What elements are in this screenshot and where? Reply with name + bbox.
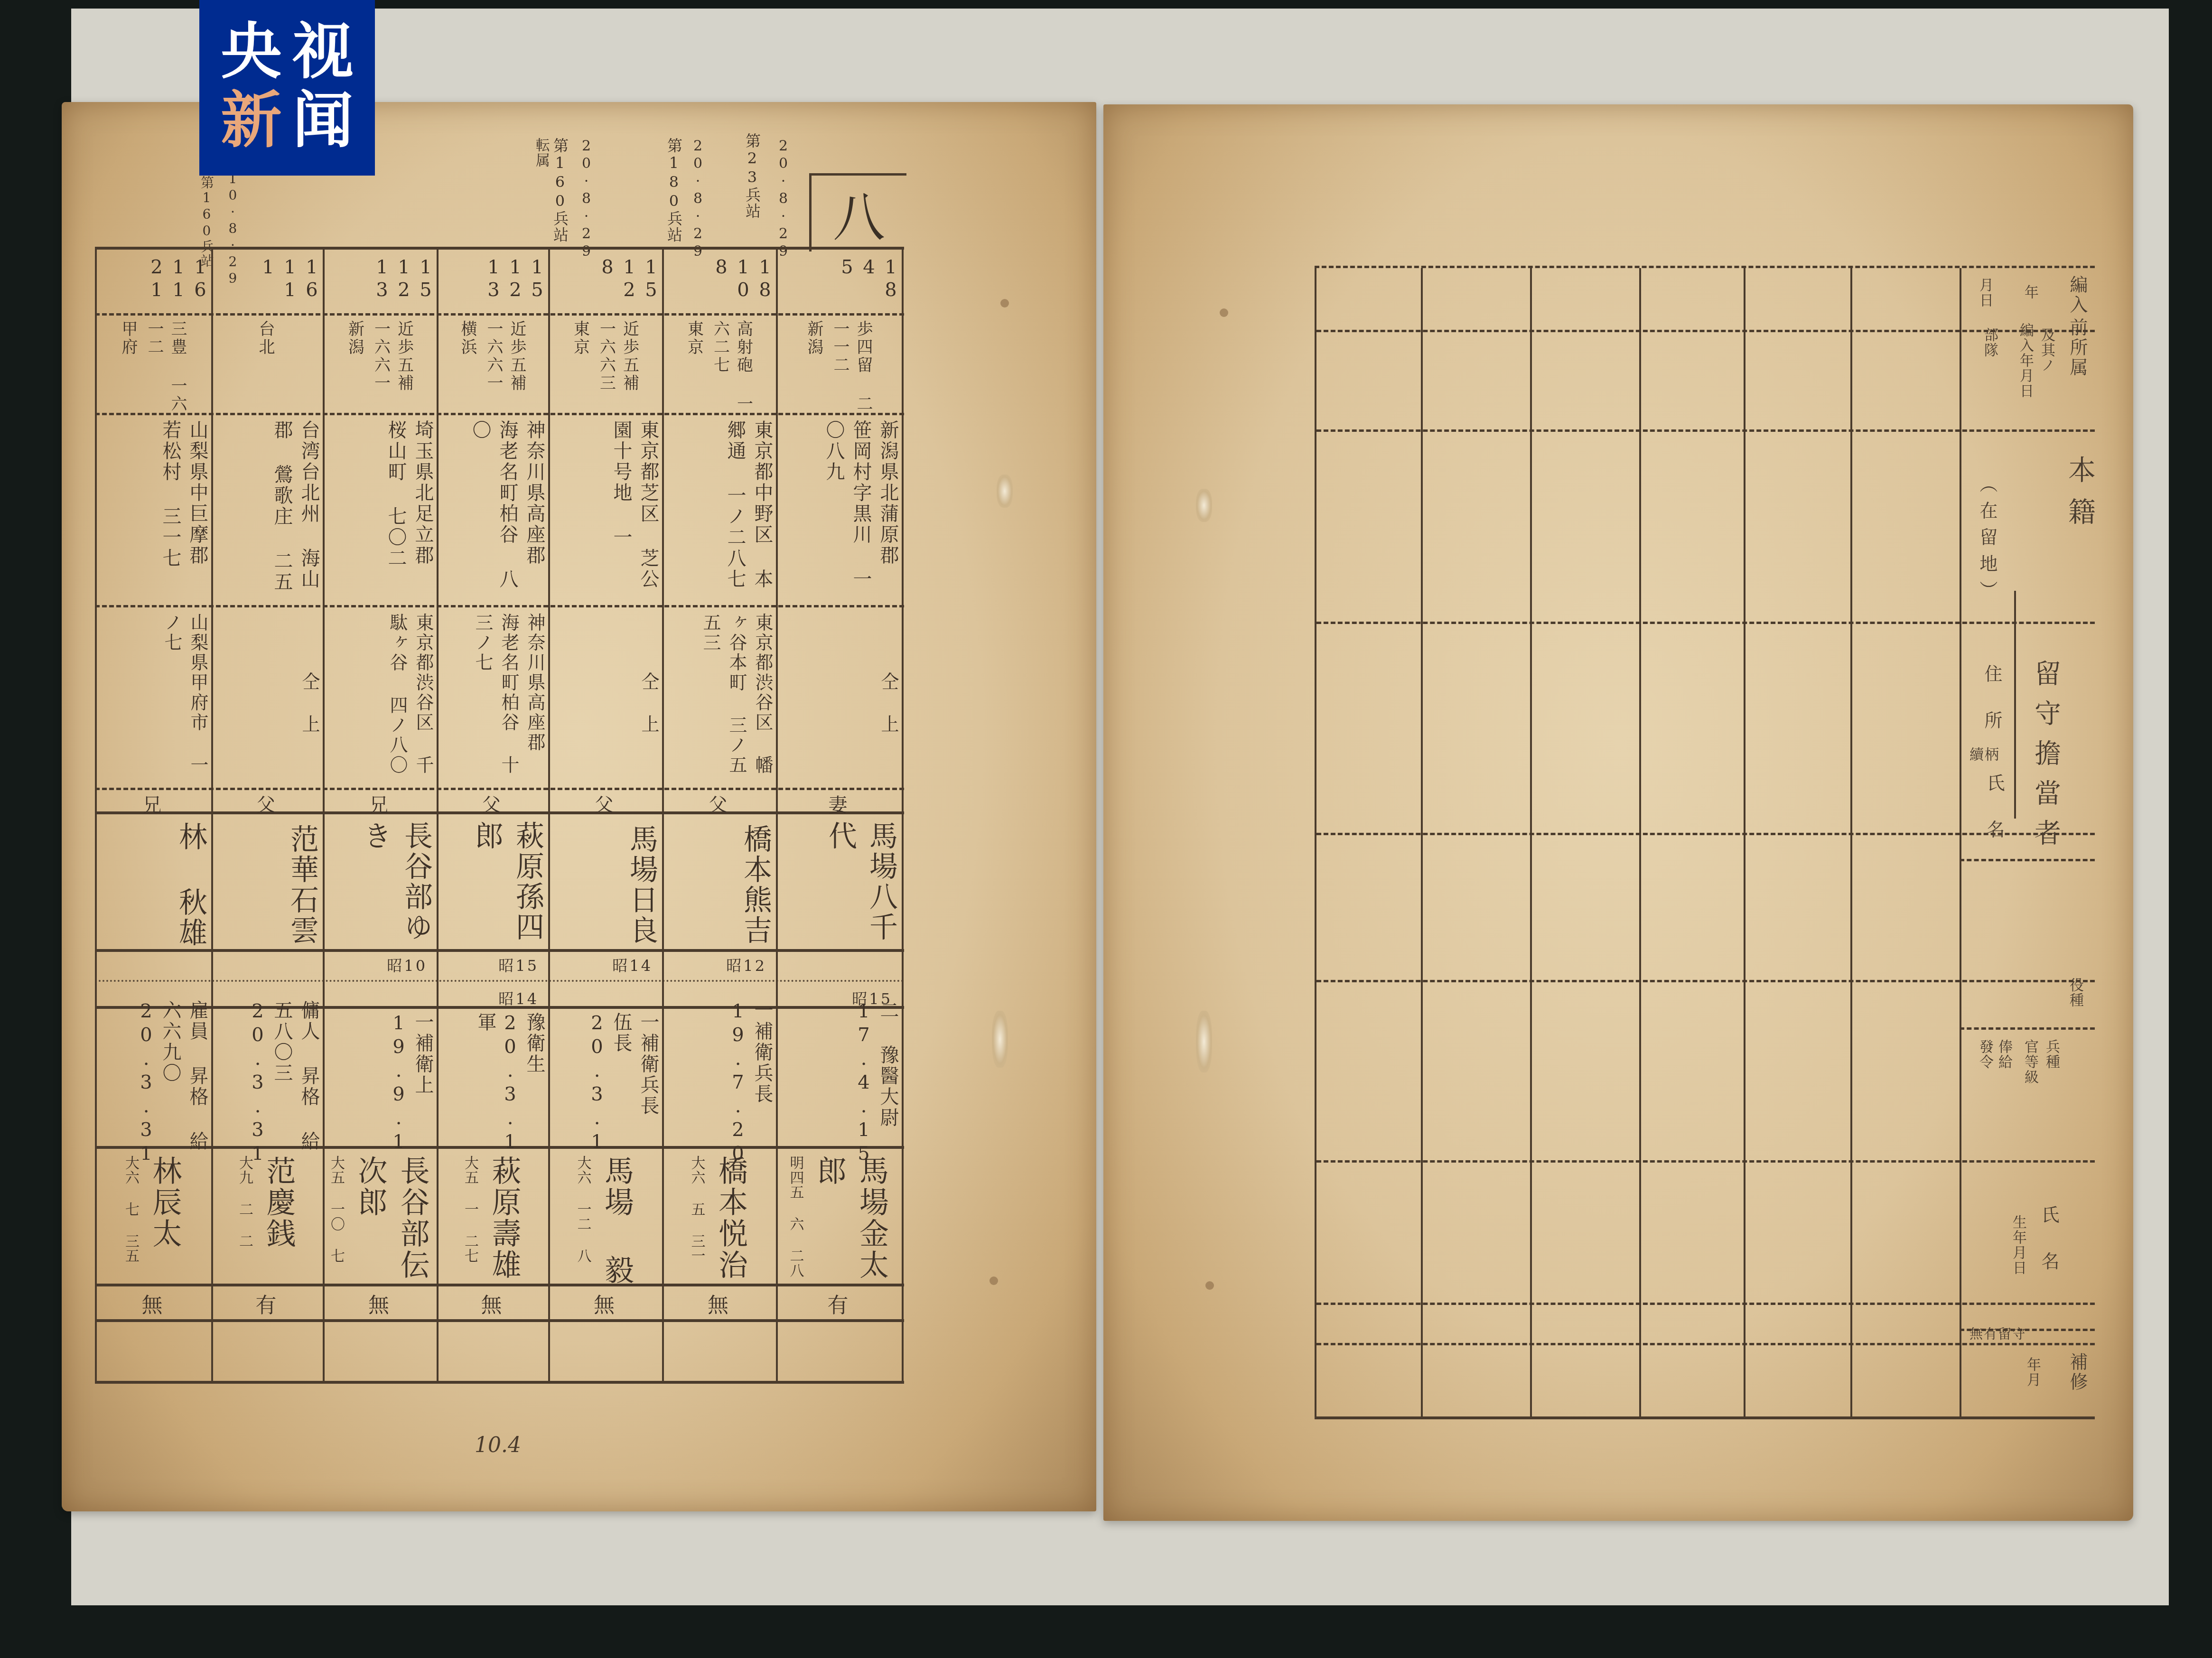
logo-char-wen: 闻 <box>287 88 359 157</box>
family-contact-name: 馬場日良 <box>548 821 662 949</box>
binding-hole <box>1196 489 1212 522</box>
label-prev-unit: 前所属 <box>2064 318 2091 378</box>
military-rank: 一補衛兵長 伍長 20.3.1 <box>548 1011 662 1152</box>
showa-bottom <box>548 987 662 1011</box>
label-honseki: 本籍 <box>2060 456 2100 539</box>
family-status: 無 <box>548 1288 662 1317</box>
person-name: 林辰太 <box>144 1155 186 1249</box>
person-name: 馬場金太郎 <box>809 1155 893 1288</box>
family-status: 無 <box>437 1288 548 1317</box>
family-contact-name: 范華石雲 <box>211 821 323 949</box>
logo-char-yang: 央 <box>215 19 287 88</box>
person: 萩原壽雄 大五 一 二七 <box>437 1151 548 1288</box>
register-column-5: 15 12 13 近歩五補 一六六一 新潟 埼玉県北足立郡 桜山町 七〇二 東京… <box>323 247 437 1383</box>
birth-date: 大六 五 三一 <box>686 1155 707 1263</box>
military-rank: 一補衛兵長 19.7.20 <box>662 1011 776 1152</box>
label-rusu-kazoku: 無有留守 <box>1969 1324 2026 1343</box>
label-prev-unit-2: 及其ノ <box>2036 327 2057 373</box>
military-rank: 一補衛上 19.9.1 <box>323 1011 437 1152</box>
honseki: 東京都中野区 本郷通 一ノ二八七 <box>662 415 776 610</box>
unit-and-place: 近歩五補 一六六一 横浜 <box>437 320 548 415</box>
showa-top: 昭12 <box>662 954 776 978</box>
showa-bottom <box>323 987 437 1011</box>
family-status: 有 <box>776 1288 902 1317</box>
unit-and-place: 三豊 一六一二 甲府 <box>95 320 211 415</box>
relation: 兄 <box>323 790 437 814</box>
address: 山梨県甲府市 一ノ七 <box>95 607 211 793</box>
family-contact-name: 橋本熊吉 <box>662 821 776 949</box>
address: 仝 上 <box>211 607 323 793</box>
register-column-2: 18 10 8 高射砲 一六二七 東京 東京都中野区 本郷通 一ノ二八七 東京都… <box>662 247 776 1383</box>
military-rank: 雇員 昇格 給六六九〇 20.3.31 <box>95 1011 211 1152</box>
person-name: 范慶銭 <box>258 1155 300 1249</box>
label-shimei: 氏名 <box>1981 773 2007 866</box>
label-henyu-year: 年 <box>2019 285 2040 300</box>
binding-dot <box>1205 1281 1214 1290</box>
showa-top: 昭10 <box>323 954 437 978</box>
person: 馬場 毅 大六 一二 八 <box>548 1151 662 1288</box>
relation: 父 <box>211 790 323 814</box>
label-henyu-monthday: 月日 <box>1974 278 1995 308</box>
binding-hole <box>997 475 1013 508</box>
top-note-1: 第160兵站 <box>551 138 569 243</box>
unit-and-place: 近歩五補 一六六一 新潟 <box>323 320 437 415</box>
address: 東京都渋谷区 幡ヶ谷本町 三ノ五五三 <box>662 607 776 793</box>
honseki: 山梨県中巨摩郡 若松村 三一七 <box>95 415 211 610</box>
label-yakushu: 役種 <box>2064 978 2085 1008</box>
label-hokyu: 俸給 <box>1993 1039 2014 1070</box>
honseki: 新潟県北蒲原郡 笹岡村字黒川 一〇八九 <box>776 415 902 610</box>
label-zairyuchi: （在留地） <box>1974 475 2000 607</box>
unit-and-place: 歩四留 二一一二 新潟 <box>776 320 902 415</box>
enlist-date: 16 11 1 <box>211 256 323 311</box>
showa-top <box>95 954 211 978</box>
label-kantokyu: 官等級 <box>2019 1039 2040 1085</box>
honseki: 東京都芝区 芝公園十号地 一 <box>548 415 662 610</box>
showa-top <box>211 954 323 978</box>
register-column-6: 16 11 1 台北 台湾台北州 海山郡 鶯歌庄 二五 仝 上 父 范華石雲 傭… <box>211 247 323 1383</box>
page-marker-box: 八 <box>809 173 906 251</box>
page-marker: 八 <box>833 176 885 251</box>
showa-top: 昭15 <box>437 954 548 978</box>
label-hoshu-date: 年月 <box>2022 1357 2043 1388</box>
enlist-date: 15 12 13 <box>323 256 437 311</box>
unit-and-place: 高射砲 一六二七 東京 <box>662 320 776 415</box>
person-name: 橋本悦治 <box>710 1155 752 1281</box>
label-prev-unit-4: 部隊 <box>1979 327 2000 358</box>
address: 仝 上 <box>548 607 662 793</box>
family-contact-name: 萩原孫四郎 <box>437 821 548 949</box>
binding-dot <box>989 1276 998 1285</box>
person-name: 萩原壽雄 <box>483 1155 525 1281</box>
relation: 父 <box>662 790 776 814</box>
military-rank: 傭人 昇格 給五八〇三 20.3.31 <box>211 1011 323 1152</box>
person: 馬場金太郎 明四五 六 二八 <box>776 1151 902 1288</box>
label-hatsurei: 發令 <box>1974 1039 1995 1070</box>
birth-date: 大九 二 二 <box>234 1155 255 1248</box>
enlist-date: 15 12 13 <box>437 256 548 311</box>
enlist-date: 18 10 8 <box>662 256 776 311</box>
birth-date: 明四五 六 二八 <box>785 1155 806 1278</box>
person: 橋本悦治 大六 五 三一 <box>662 1151 776 1288</box>
label-rusu-taiou: 留守擔當者 <box>2026 660 2064 859</box>
person: 長谷部伝次郎 大五 一〇 七 <box>323 1151 437 1288</box>
family-contact-name: 馬場八千代 <box>776 821 902 949</box>
honseki: 埼玉県北足立郡 桜山町 七〇二 <box>323 415 437 610</box>
enlist-date: 16 11 21 <box>95 256 211 311</box>
label-birthdate: 生年月日 <box>2007 1215 2028 1276</box>
address: 東京都渋谷区 千駄ヶ谷 四ノ八〇 <box>323 607 437 793</box>
family-contact-name: 林 秋雄 <box>95 821 211 949</box>
person: 范慶銭 大九 二 二 <box>211 1151 323 1288</box>
label-shimei-2: 氏名 <box>2036 1205 2062 1298</box>
binding-dot <box>1000 299 1009 307</box>
top-note-1b: 転属 <box>532 138 551 168</box>
blank-register-grid <box>1315 266 2095 1419</box>
person-name: 馬場 毅 <box>596 1155 638 1286</box>
relation: 父 <box>548 790 662 814</box>
label-hoshu: 補修 <box>2064 1352 2091 1392</box>
register-column-4: 15 12 13 近歩五補 一六六一 横浜 神奈川県高座郡 海老名町柏谷 八〇 … <box>437 247 548 1383</box>
honseki: 神奈川県高座郡 海老名町柏谷 八〇 <box>437 415 548 610</box>
register-column-7: 16 11 21 三豊 一六一二 甲府 山梨県中巨摩郡 若松村 三一七 山梨県甲… <box>95 247 211 1383</box>
top-note-1-date: 20·8·29 <box>577 138 596 261</box>
birth-date: 大六 一二 八 <box>572 1155 593 1263</box>
person: 林辰太 大六 七 三五 <box>95 1151 211 1288</box>
person-name: 長谷部伝次郎 <box>349 1155 434 1288</box>
honseki: 台湾台北州 海山郡 鶯歌庄 二五 <box>211 415 323 610</box>
binding-dot <box>1220 308 1228 317</box>
register-table: 18 4 5 歩四留 二一一二 新潟 新潟県北蒲原郡 笹岡村字黒川 一〇八九 仝… <box>95 247 904 1383</box>
unit-and-place: 近歩五補 一六六三 東京 <box>548 320 662 415</box>
label-prev-unit-3: 編入年月日 <box>2015 323 2035 399</box>
showa-top <box>776 954 902 978</box>
unit-and-place: 台北 <box>211 320 323 415</box>
showa-bottom: 昭14 <box>437 987 548 1011</box>
binding-hole <box>992 1011 1008 1068</box>
page-number: 10.4 <box>475 1433 521 1457</box>
label-heishu: 兵種 <box>2041 1039 2062 1070</box>
enlist-date: 15 12 8 <box>548 256 662 311</box>
enlist-date: 18 4 5 <box>776 256 902 311</box>
top-note-2: 第180兵站 <box>664 138 683 243</box>
top-note-3: 第23兵站 <box>743 133 762 219</box>
family-contact-name: 長谷部ゆき <box>323 821 437 949</box>
label-zokugara: 續柄 <box>1969 743 2000 764</box>
family-status: 無 <box>323 1288 437 1317</box>
top-note-3-date: 20·8·29 <box>774 138 793 261</box>
cctv-news-logo: 央 视 新 闻 <box>199 0 375 176</box>
top-note-2-date: 20·8·29 <box>688 138 707 261</box>
register-column-3: 15 12 8 近歩五補 一六六三 東京 東京都芝区 芝公園十号地 一 仝 上 … <box>548 247 662 1383</box>
family-status: 有 <box>211 1288 323 1317</box>
logo-char-shi: 视 <box>287 19 359 88</box>
birth-date: 大五 一〇 七 <box>326 1155 346 1263</box>
birth-date: 大六 七 三五 <box>120 1155 141 1263</box>
binding-hole <box>1196 1011 1212 1072</box>
logo-char-xin: 新 <box>215 88 287 157</box>
family-status: 無 <box>95 1288 211 1317</box>
address: 神奈川県高座郡 海老名町柏谷 十三ノ七 <box>437 607 548 793</box>
showa-top: 昭14 <box>548 954 662 978</box>
family-status: 無 <box>662 1288 776 1317</box>
military-rank: 二 豫醫大尉 17.4.15 <box>776 1011 902 1152</box>
label-henyu: 編入 <box>2064 275 2091 315</box>
relation: 妻 <box>776 790 902 814</box>
register-column-1: 18 4 5 歩四留 二一一二 新潟 新潟県北蒲原郡 笹岡村字黒川 一〇八九 仝… <box>776 247 902 1383</box>
birth-date: 大五 一 二七 <box>459 1155 480 1263</box>
military-rank: 豫衛生 20.3.1 軍 <box>437 1011 548 1152</box>
relation: 兄 <box>95 790 211 814</box>
relation: 父 <box>437 790 548 814</box>
address: 仝 上 <box>776 607 902 793</box>
